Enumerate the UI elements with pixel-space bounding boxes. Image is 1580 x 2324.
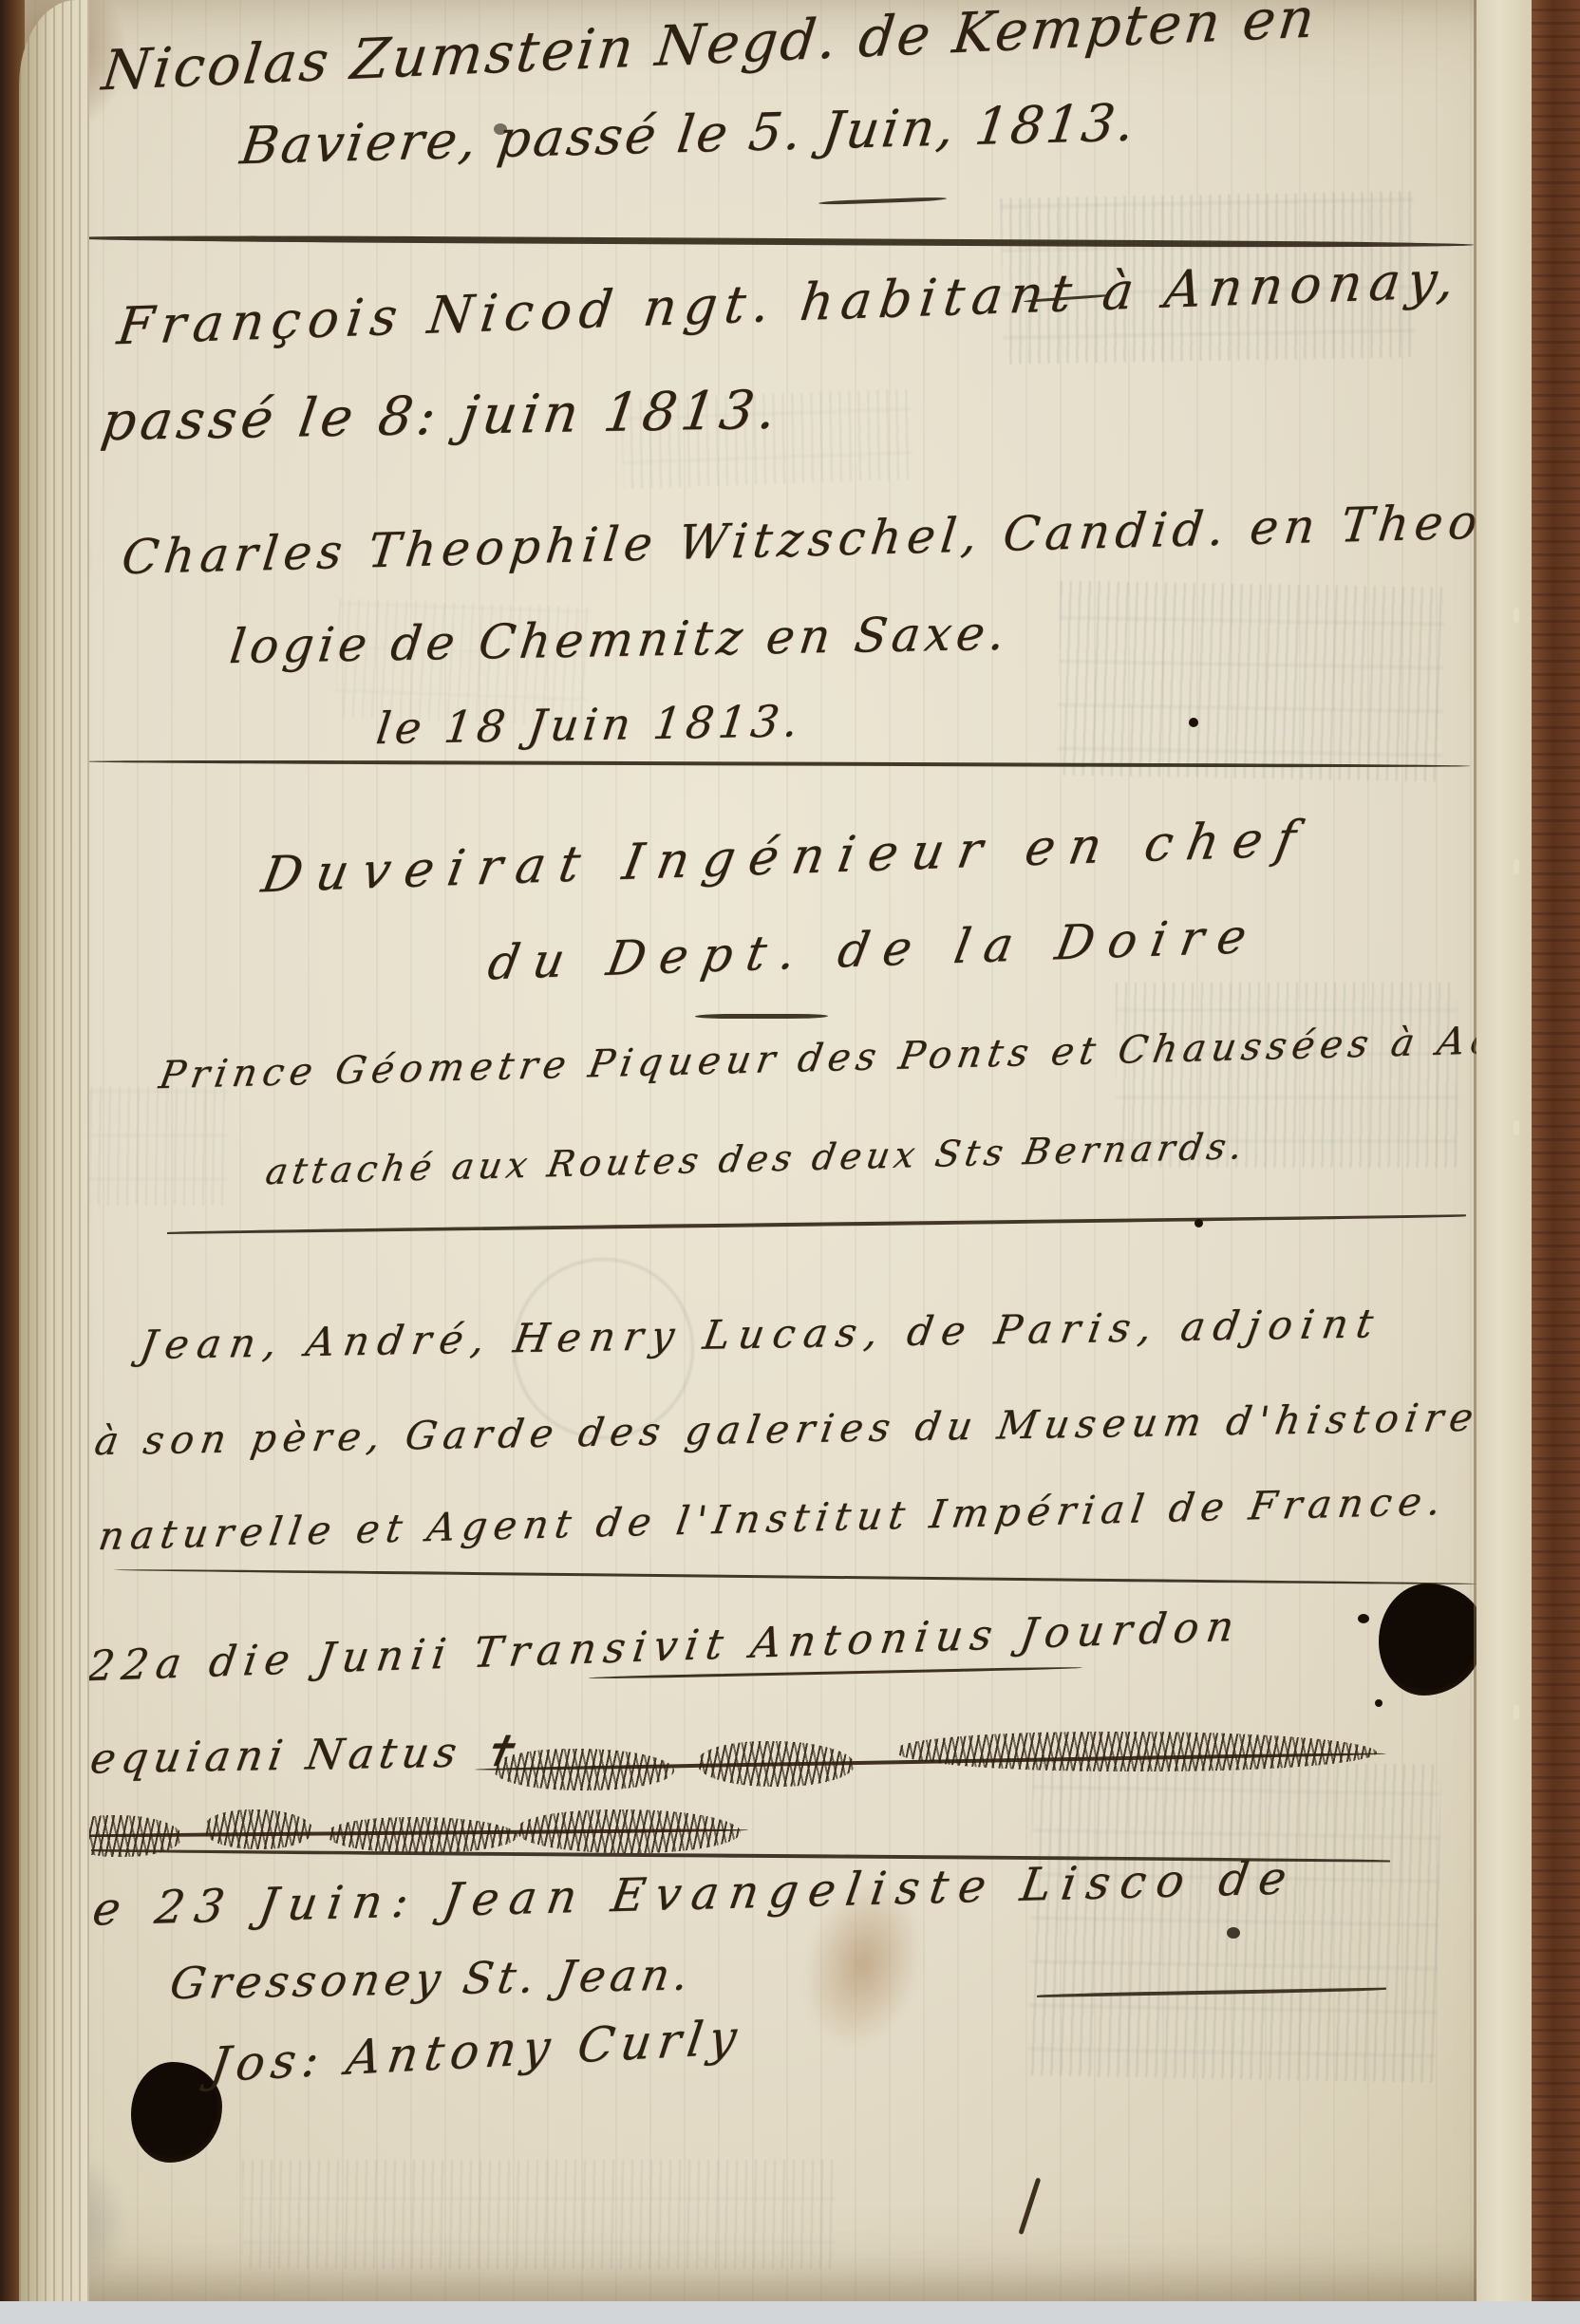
stitch-mark <box>1514 859 1519 874</box>
ink-speck <box>1358 1614 1369 1623</box>
entry-line: passé le 8: juin 1813. <box>98 380 784 454</box>
entry-line: le 18 Juin 1813. <box>373 695 805 754</box>
entry-line: Gressoney St. Jean. <box>166 1948 696 2009</box>
crossed-out-scribble <box>897 1732 1377 1771</box>
ink-dot <box>1194 1219 1203 1228</box>
short-underline <box>695 1014 828 1019</box>
ink-speck <box>1227 1927 1240 1939</box>
ink-dot <box>1189 718 1198 727</box>
ink-speck <box>1375 1699 1382 1707</box>
scan-background-strip <box>0 2301 1580 2324</box>
crossed-out-scribble <box>204 1809 313 1849</box>
next-page-edge <box>1477 0 1532 2301</box>
stitch-mark <box>1514 1120 1519 1135</box>
stitch-mark <box>1514 1704 1519 1719</box>
stitch-mark <box>1514 608 1519 623</box>
book-binding-right <box>1532 0 1580 2324</box>
entry-line: Aequiani Natus ✝ <box>51 1727 525 1784</box>
manuscript-register-page: Nicolas Zumstein Negd. de Kempten en Bav… <box>0 0 1580 2324</box>
page-stack-edge <box>19 0 89 2301</box>
